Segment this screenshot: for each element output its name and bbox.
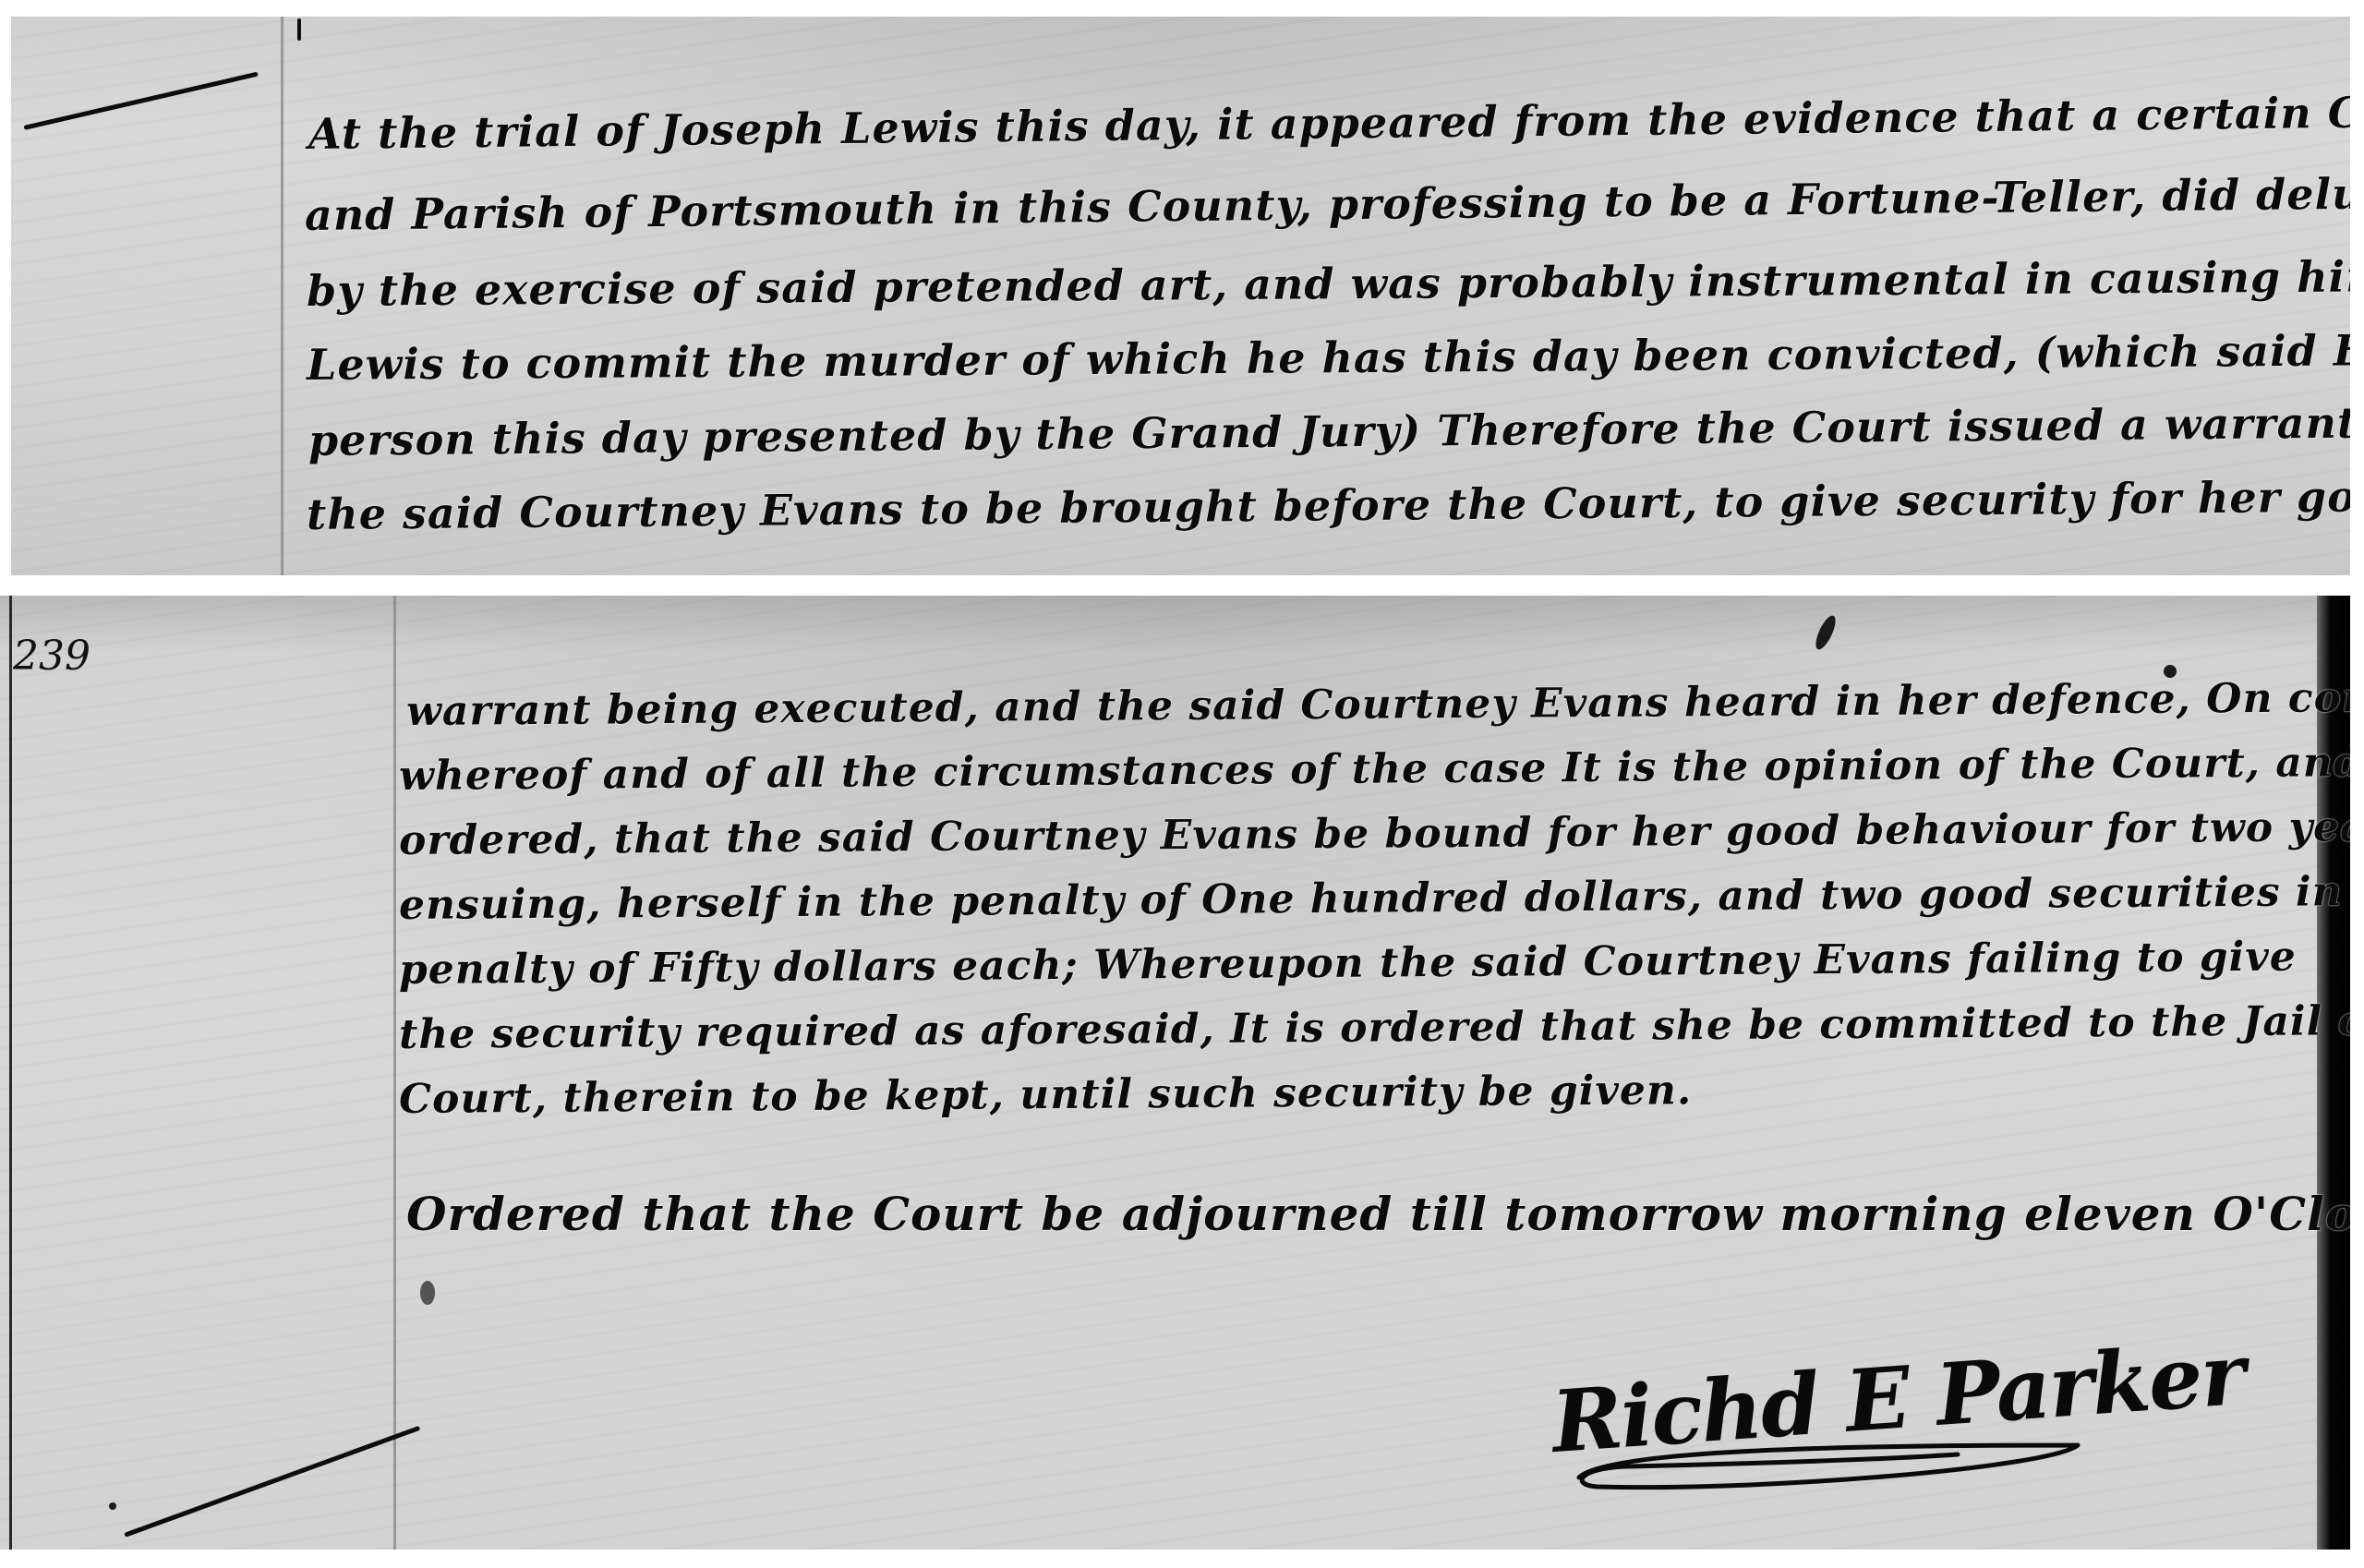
signature-flourish-icon	[1570, 1441, 2087, 1496]
text-line: Lewis to commit the murder of which he h…	[307, 322, 2350, 390]
text-line: At the trial of Joseph Lewis this day, i…	[308, 80, 2350, 159]
margin-rule	[281, 17, 283, 575]
adjournment-order: Ordered that the Court be adjourned till…	[406, 1187, 2350, 1241]
page-left-edge	[9, 596, 12, 1550]
ink-dot	[109, 1502, 116, 1510]
text-line: whereof and of all the circumstances of …	[399, 737, 2350, 800]
margin-rule	[393, 596, 396, 1550]
ink-blot	[1812, 613, 1839, 652]
text-line: by the exercise of said pretended art, a…	[307, 248, 2350, 316]
page-number: 239	[13, 633, 90, 680]
text-line: person this day presented by the Grand J…	[308, 394, 2350, 465]
manuscript-panel-top: At the trial of Joseph Lewis this day, i…	[11, 17, 2350, 575]
text-line: the security required as aforesaid, It i…	[399, 996, 2350, 1058]
text-line: and Parish of Portsmouth in this County,…	[305, 163, 2350, 240]
ink-blot	[420, 1281, 435, 1305]
text-line: penalty of Fifty dollars each; Whereupon…	[399, 934, 2297, 994]
text-line: Court, therein to be kept, until such se…	[399, 1067, 1693, 1123]
pen-stroke-mark	[124, 1426, 420, 1538]
text-line: ensuing, herself in the penalty of One h…	[399, 868, 2350, 929]
text-line: warrant being executed, and the said Cou…	[406, 672, 2350, 735]
text-line: the said Courtney Evans to be brought be…	[307, 467, 2350, 539]
manuscript-panel-bottom: 239 warrant being executed, and the said…	[0, 596, 2350, 1550]
pen-stroke-mark	[23, 72, 258, 130]
pen-tick-mark	[297, 18, 301, 41]
text-line: ordered, that the said Courtney Evans be…	[399, 802, 2350, 864]
